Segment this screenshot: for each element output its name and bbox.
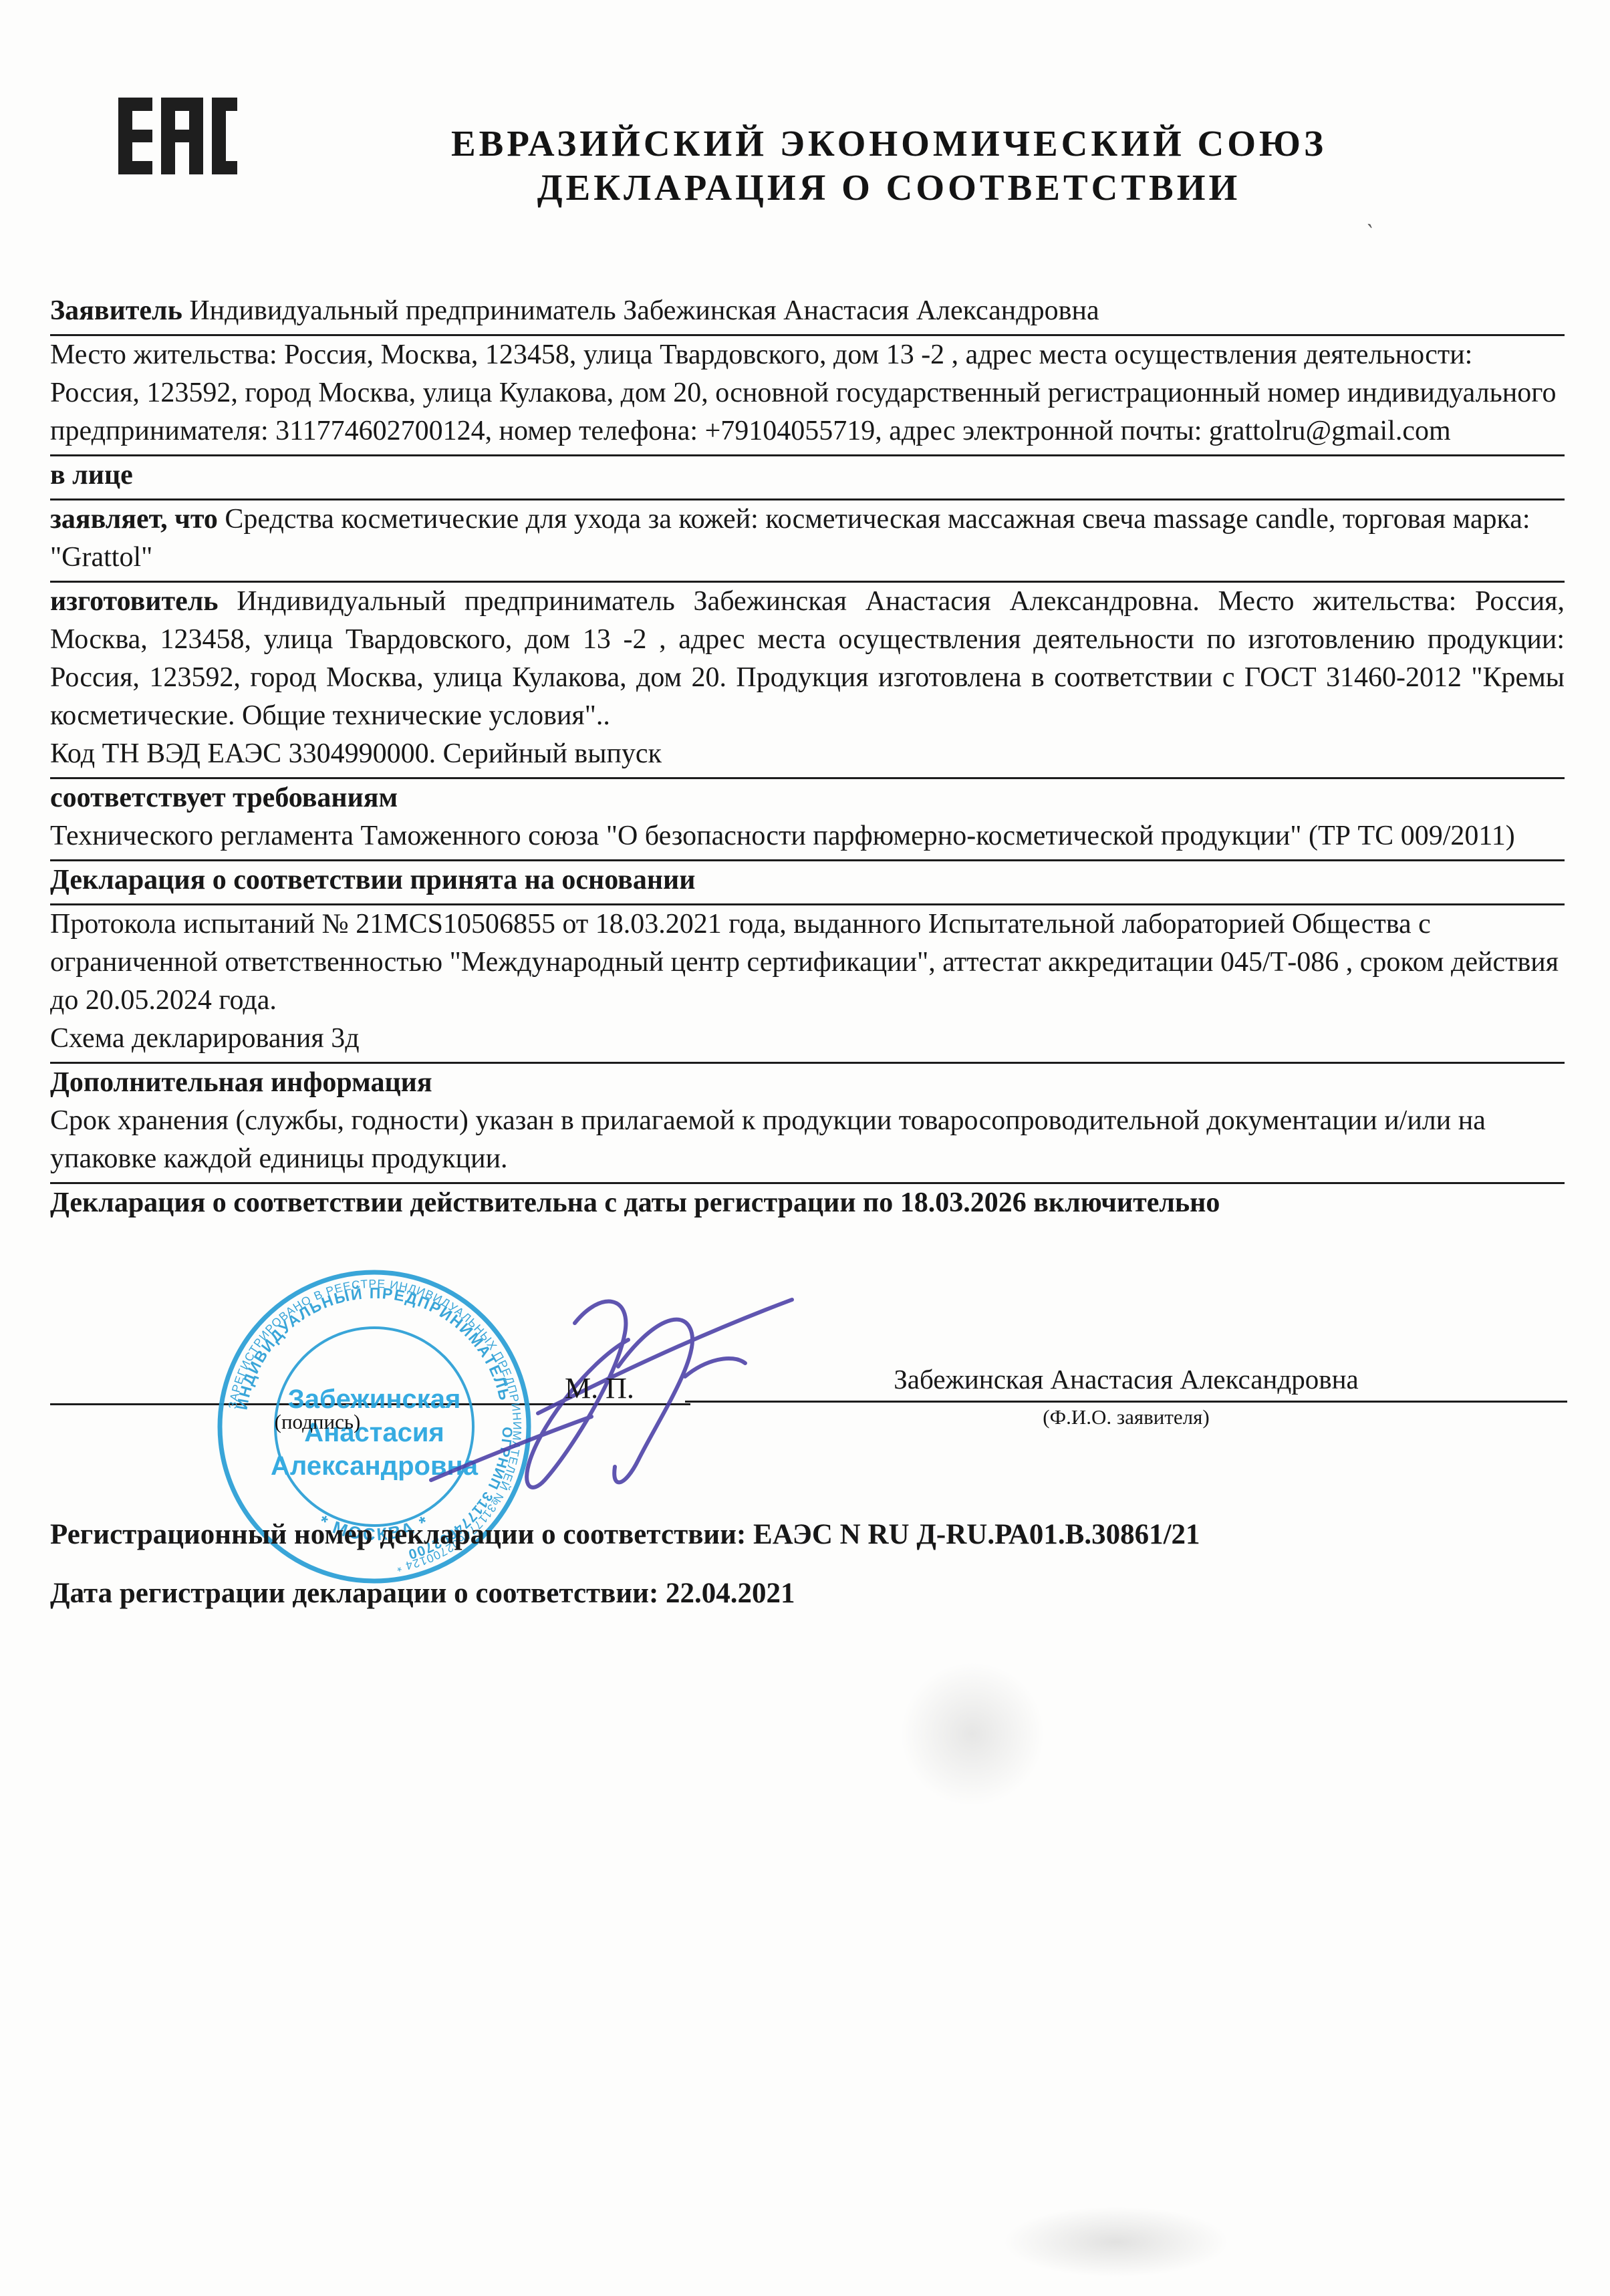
scheme-row: Схема декларирования 3д [50,1020,1565,1064]
registration-date-line: Дата регистрации декларации о соответств… [50,1577,1574,1610]
applicant-details: Место жительства: Россия, Москва, 123458… [50,336,1565,456]
validity-row: Декларация о соответствии действительна … [50,1184,1565,1222]
title-line-declaration: ДЕКЛАРАЦИЯ О СООТВЕТСТВИИ [374,166,1403,210]
complies-text: Технического регламента Таможенного союз… [50,817,1565,861]
manufacturer-value: Индивидуальный предприниматель Забежинск… [50,586,1565,731]
document-body: Заявитель Индивидуальный предприниматель… [50,292,1565,1222]
additional-heading: Дополнительная информация [50,1064,1565,1102]
eac-logo-icon [118,98,237,174]
applicant-fio-name: Забежинская Анастасия Александровна [685,1363,1567,1403]
basis-text: Протокола испытаний № 21MCS10506855 от 1… [50,905,1565,1020]
seal-place-label: М. П. [565,1371,634,1405]
manufacturer-label: изготовитель [50,586,219,617]
registration-number-line: Регистрационный номер декларации о соотв… [50,1518,1574,1551]
declaration-document-page: ЕВРАЗИЙСКИЙ ЭКОНОМИЧЕСКИЙ СОЮЗ ДЕКЛАРАЦИ… [0,0,1610,2296]
applicant-fio-caption: (Ф.И.О. заявителя) [685,1405,1567,1429]
signature-caption: (подпись) [200,1410,434,1434]
additional-text: Срок хранения (службы, годности) указан … [50,1102,1565,1184]
declares-label: заявляет, что [50,504,218,535]
in-person-row: в лице [50,456,1565,500]
scan-smudge [956,2192,1277,2292]
applicant-value: Индивидуальный предприниматель Забежинск… [189,295,1099,326]
basis-heading: Декларация о соответствии принята на осн… [50,861,1565,905]
manufacturer-row: изготовитель Индивидуальный предпринимат… [50,583,1565,735]
applicant-row: Заявитель Индивидуальный предприниматель… [50,292,1565,336]
tn-ved-row: Код ТН ВЭД ЕАЭС 3304990000. Серийный вып… [50,735,1565,779]
scan-smudge [862,1624,1083,1844]
applicant-fio-block: Забежинская Анастасия Александровна (Ф.И… [685,1363,1567,1429]
complies-heading: соответствует требованиям [50,779,1565,817]
document-title: ЕВРАЗИЙСКИЙ ЭКОНОМИЧЕСКИЙ СОЮЗ ДЕКЛАРАЦИ… [374,122,1403,210]
declares-row: заявляет, что Средства косметические для… [50,500,1565,583]
title-line-union: ЕВРАЗИЙСКИЙ ЭКОНОМИЧЕСКИЙ СОЮЗ [374,122,1403,166]
applicant-label: Заявитель [50,295,182,326]
scan-artifact-mark: ` [1362,220,1375,247]
declares-value: Средства косметические для ухода за коже… [50,504,1530,573]
